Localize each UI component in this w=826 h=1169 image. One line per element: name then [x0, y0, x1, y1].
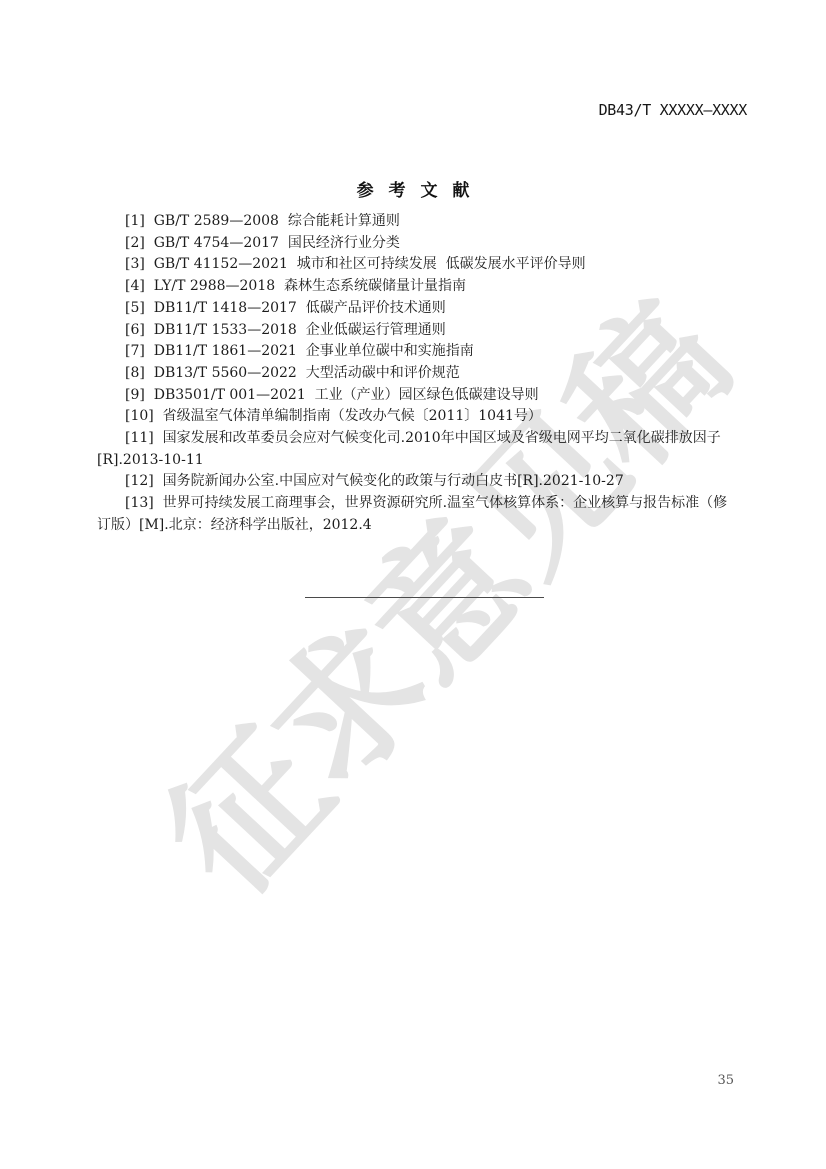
- reference-item: [1] GB/T 2589—2008 综合能耗计算通则: [97, 211, 731, 233]
- page-number: 35: [717, 1073, 734, 1088]
- reference-item: [13] 世界可持续发展工商理事会，世界资源研究所.温室气体核算体系：企业核算与…: [97, 493, 731, 536]
- standard-code-header: DB43/T XXXXX—XXXX: [599, 101, 747, 119]
- reference-item: [12] 国务院新闻办公室.中国应对气候变化的政策与行动白皮书[R].2021-…: [97, 471, 731, 493]
- reference-item: [10] 省级温室气体清单编制指南（发改办气候〔2011〕1041号）: [97, 406, 731, 428]
- reference-item: [7] DB11/T 1861—2021 企事业单位碳中和实施指南: [97, 341, 731, 363]
- reference-item: [11] 国家发展和改革委员会应对气候变化司.2010年中国区域及省级电网平均二…: [97, 428, 731, 471]
- reference-item: [2] GB/T 4754—2017 国民经济行业分类: [97, 233, 731, 255]
- references-list: [1] GB/T 2589—2008 综合能耗计算通则 [2] GB/T 475…: [97, 211, 731, 537]
- reference-item: [8] DB13/T 5560—2022 大型活动碳中和评价规范: [97, 363, 731, 385]
- reference-item: [6] DB11/T 1533—2018 企业低碳运行管理通则: [97, 320, 731, 342]
- end-of-document-rule: [305, 597, 544, 598]
- references-heading: 参 考 文 献: [0, 176, 826, 201]
- document-page: 征求意见稿 DB43/T XXXXX—XXXX 参 考 文 献 [1] GB/T…: [0, 0, 826, 1169]
- reference-item: [3] GB/T 41152—2021 城市和社区可持续发展 低碳发展水平评价导…: [97, 254, 731, 276]
- reference-item: [4] LY/T 2988—2018 森林生态系统碳储量计量指南: [97, 276, 731, 298]
- page-content: DB43/T XXXXX—XXXX 参 考 文 献 [1] GB/T 2589—…: [0, 0, 826, 1169]
- reference-item: [5] DB11/T 1418—2017 低碳产品评价技术通则: [97, 298, 731, 320]
- reference-item: [9] DB3501/T 001—2021 工业（产业）园区绿色低碳建设导则: [97, 385, 731, 407]
